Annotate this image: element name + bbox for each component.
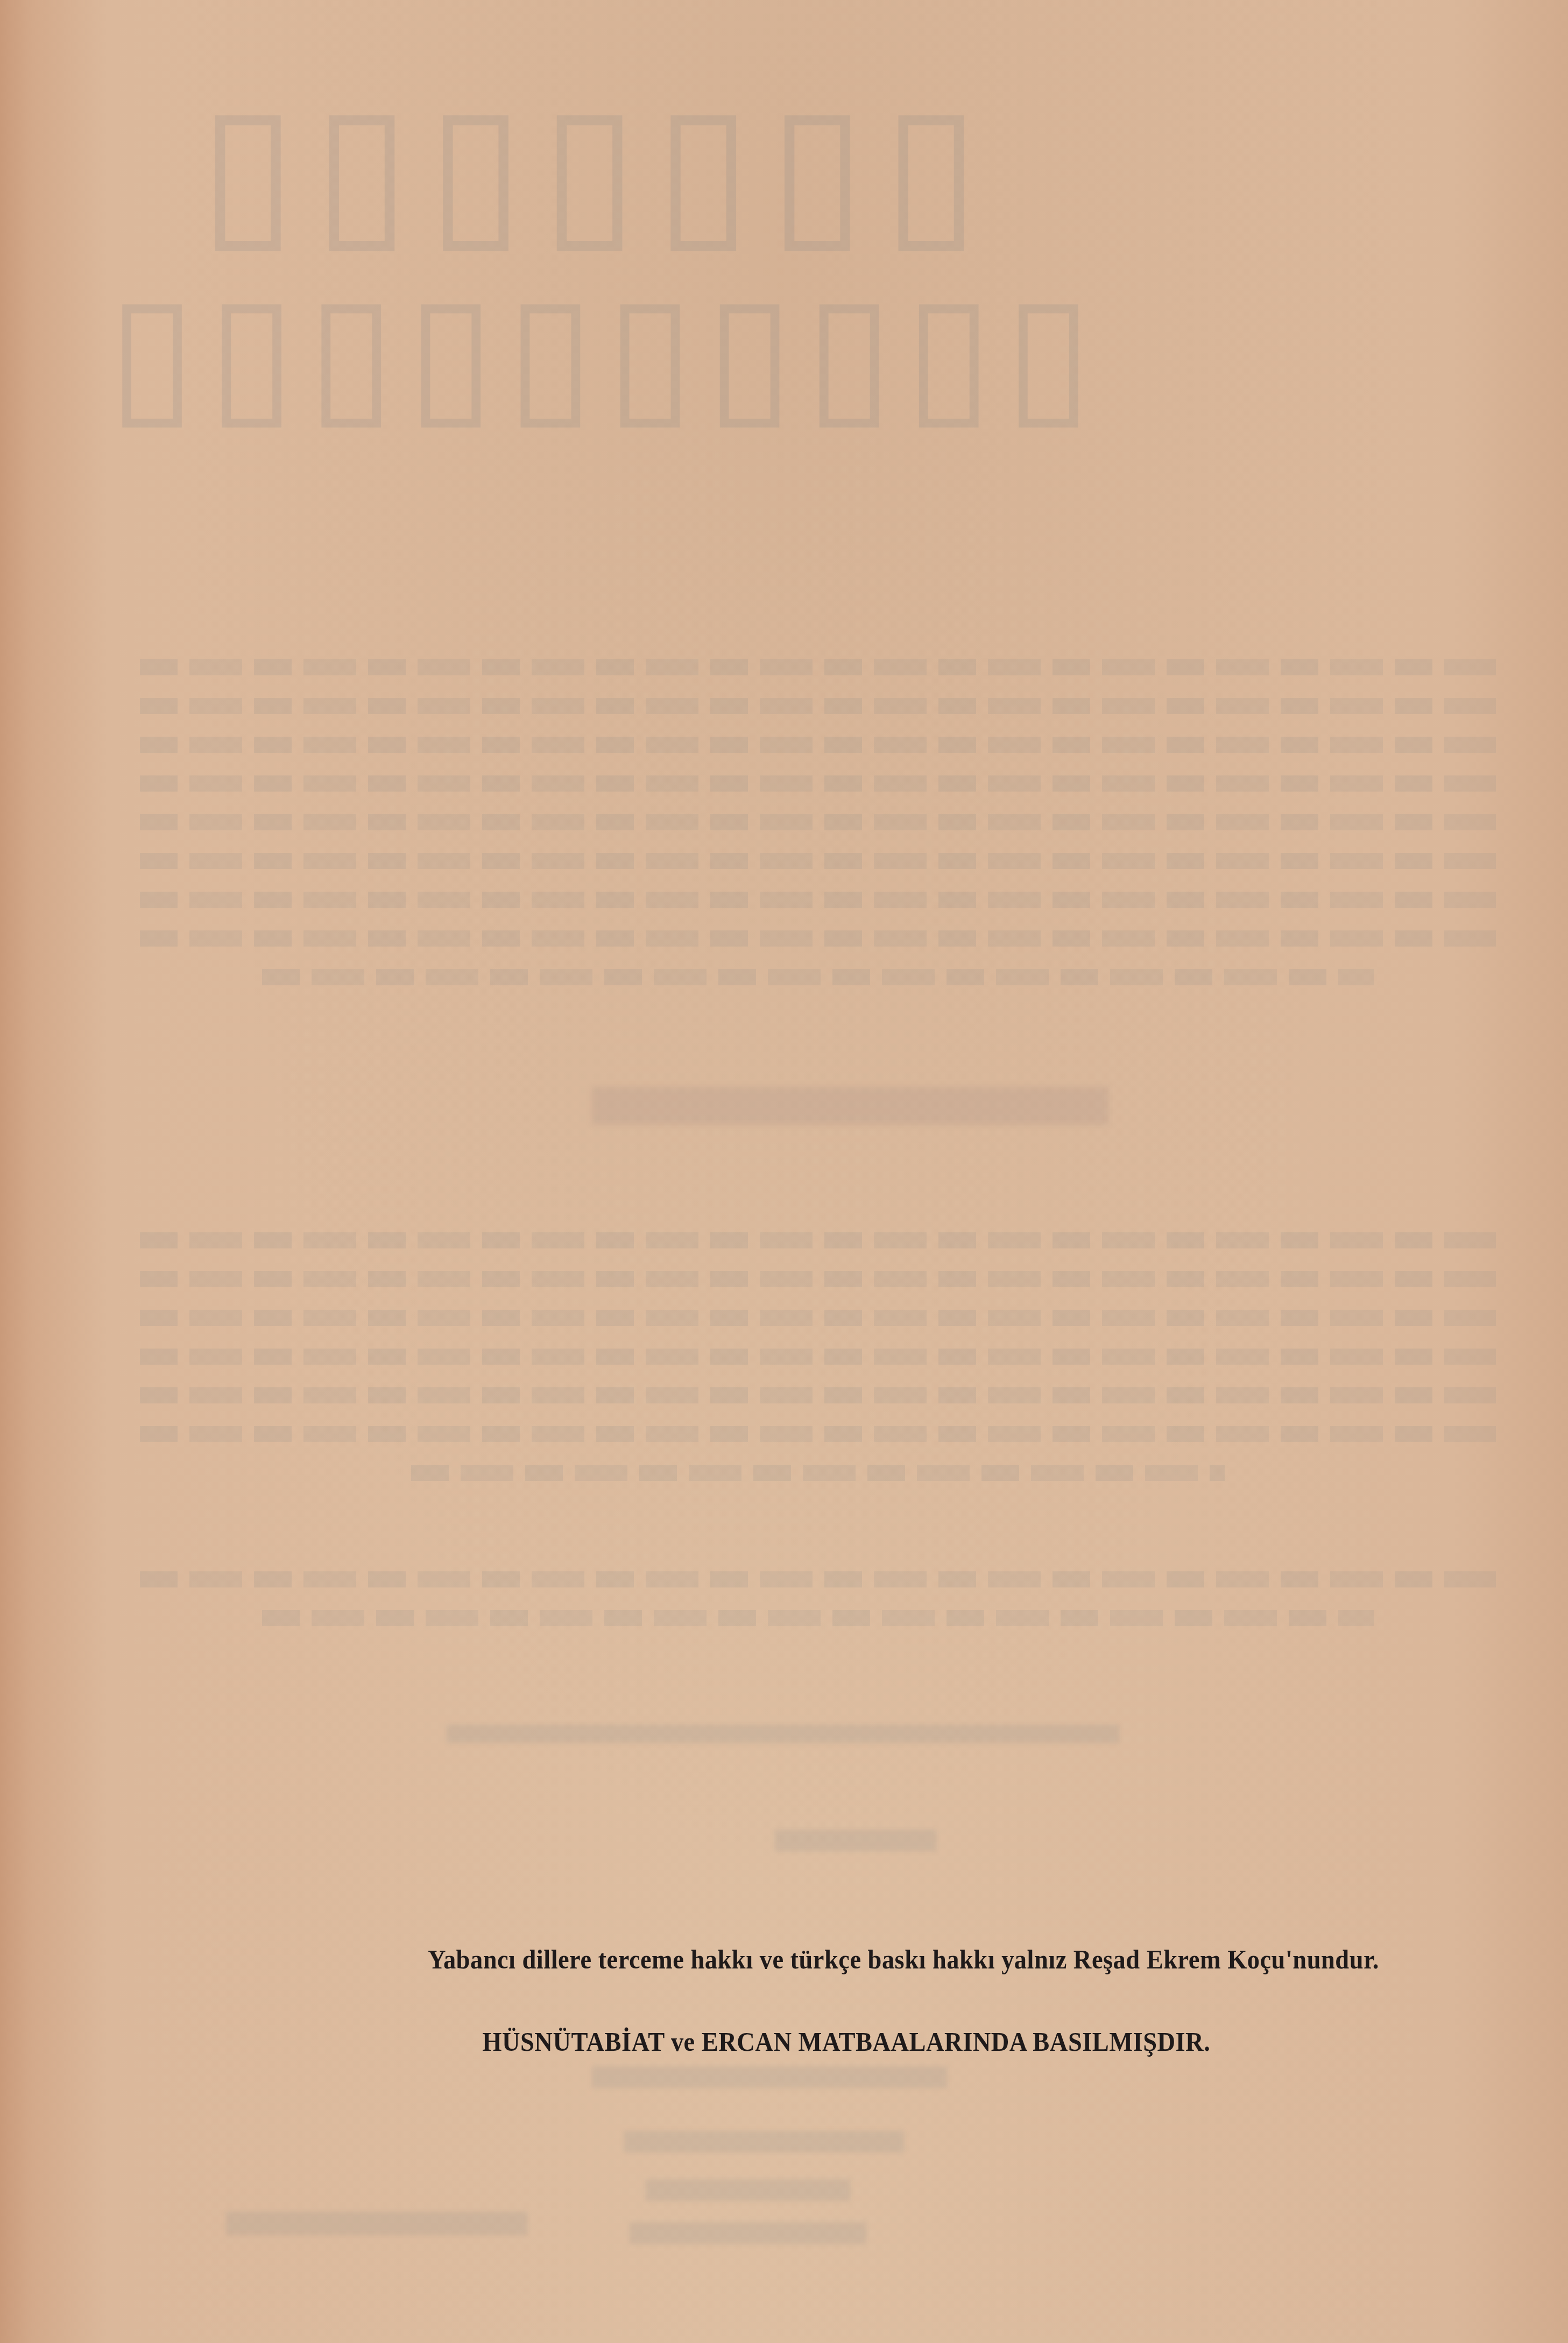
show-through-paragraph	[140, 1232, 1496, 1504]
show-through-line	[630, 2222, 866, 2244]
show-through-paragraph	[140, 659, 1496, 1008]
document-page: ▯▯▯▯▯▯▯ ▯▯▯▯▯▯▯▯▯▯ Yabancı dillere terce…	[0, 0, 1568, 2343]
show-through-line	[646, 2179, 850, 2201]
printer-notice: HÜSNÜTABİAT ve ERCAN MATBAALARINDA BASIL…	[57, 2026, 1568, 2057]
show-through-line	[624, 2131, 904, 2153]
show-through-subtitle: ▯▯▯▯▯▯▯▯▯▯	[97, 258, 1093, 446]
rights-notice: Yabancı dillere terceme hakkı ve türkçe …	[59, 1944, 1568, 1975]
show-through-heading	[592, 1087, 1108, 1125]
show-through-title: ▯▯▯▯▯▯▯	[183, 65, 980, 271]
show-through-line	[775, 1830, 936, 1851]
show-through-line	[226, 2212, 527, 2235]
show-through-line	[592, 2066, 947, 2088]
show-through-line	[447, 1725, 1119, 1743]
show-through-paragraph	[140, 1571, 1496, 1649]
